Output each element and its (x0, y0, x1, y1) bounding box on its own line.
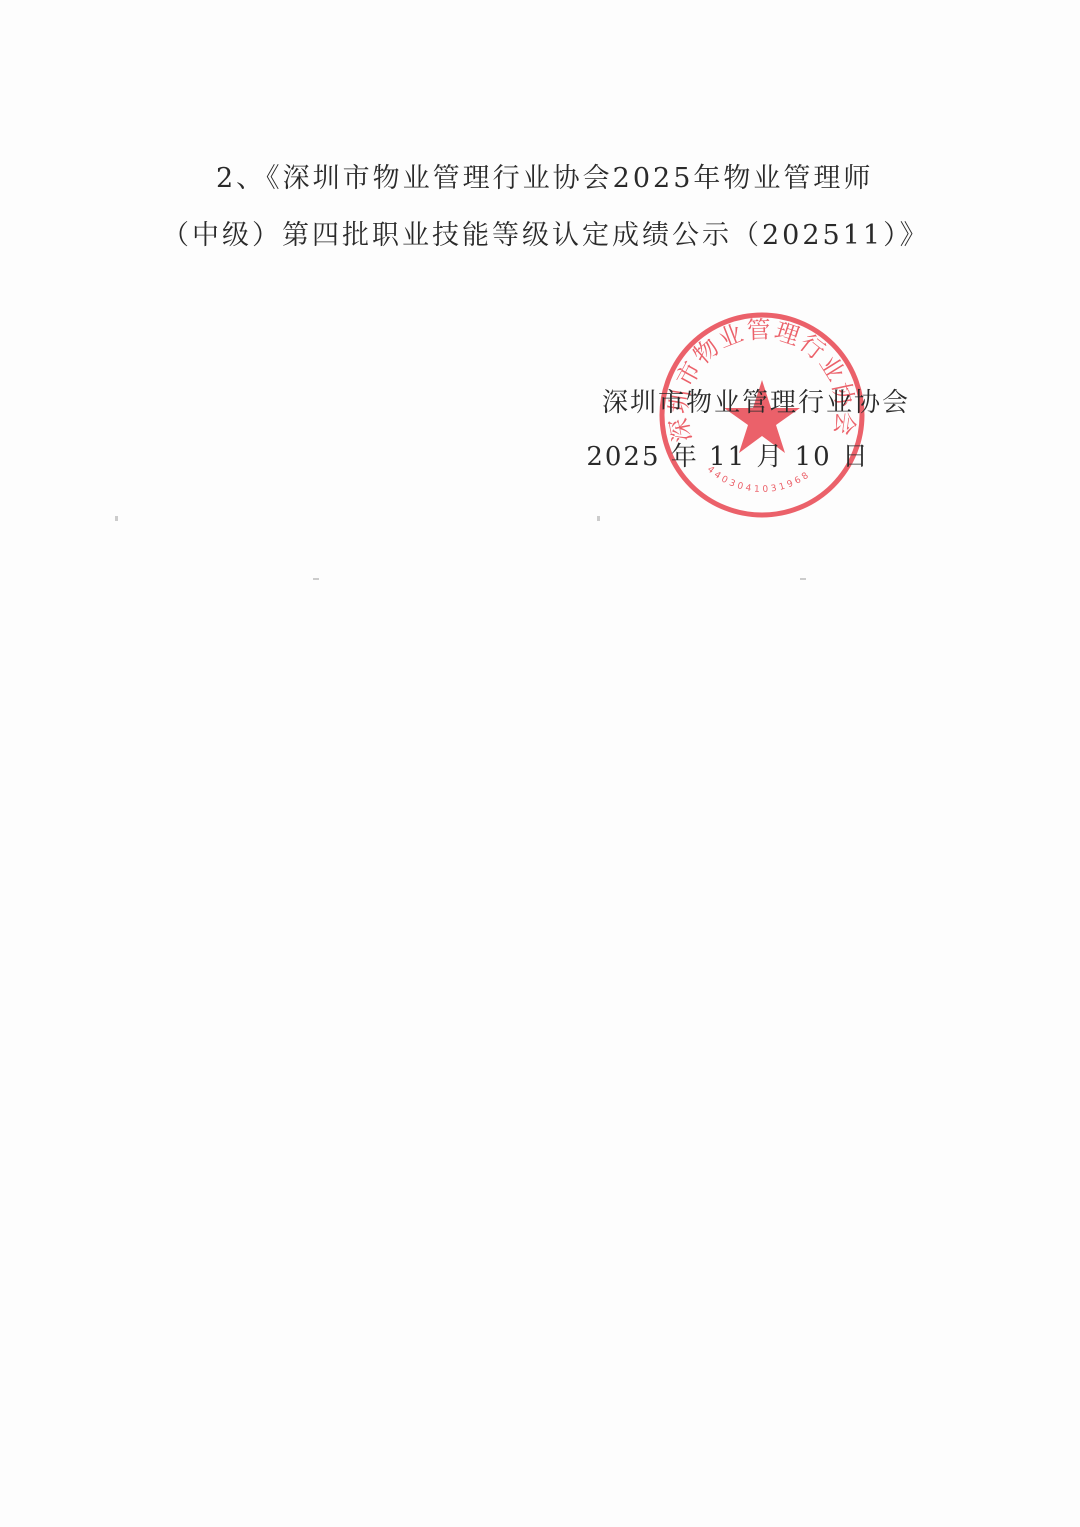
scan-speck (115, 516, 118, 521)
scan-speck (597, 516, 600, 521)
signing-organization: 深圳市物业管理行业协会 (570, 376, 910, 430)
scan-speck (313, 578, 319, 580)
scan-speck (800, 578, 806, 580)
signature-block: 深圳市物业管理行业协会 2025 年 11 月 10 日 (570, 376, 910, 484)
attachment-item-2: 2、《深圳市物业管理行业协会2025年物业管理师（中级）第四批职业技能等级认定成… (162, 150, 922, 264)
signing-date: 2025 年 11 月 10 日 (570, 430, 910, 484)
